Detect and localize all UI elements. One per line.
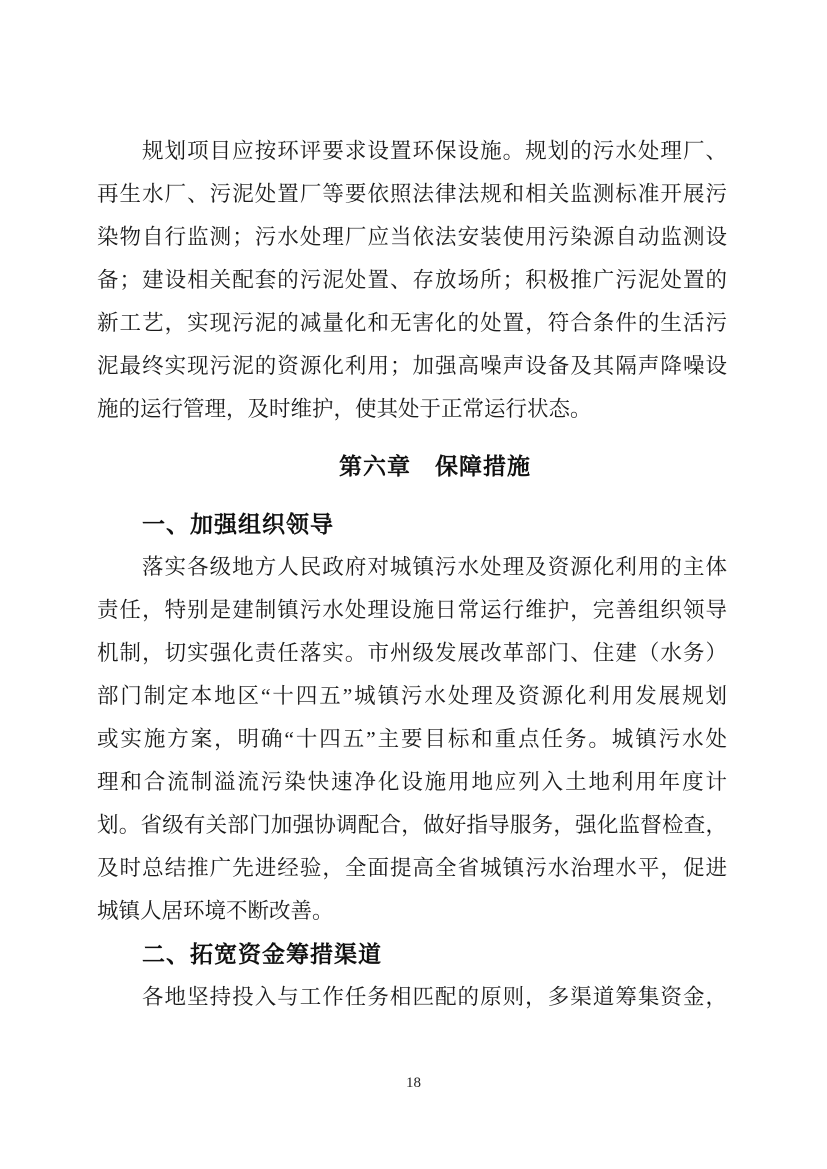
text-line: 或实施方案，明确“十四五”主要目标和重点任务。城镇污水处	[97, 718, 727, 761]
text-line: 及时总结推广先进经验，全面提高全省城镇污水治理水平，促进	[97, 847, 727, 890]
paragraph-funding-channels: 各地坚持投入与工作任务相匹配的原则，多渠道筹集资金，	[97, 976, 727, 1019]
text-line: 理和合流制溢流污染快速净化设施用地应列入土地利用年度计	[97, 761, 727, 804]
page-number: 18	[0, 1073, 827, 1093]
text-line: 染物自行监测；污水处理厂应当依法安装使用污染源自动监测设	[97, 216, 727, 259]
text-line: 城镇人居环境不断改善。	[97, 890, 727, 933]
text-line: 泥最终实现污泥的资源化利用；加强高噪声设备及其隔声降噪设	[97, 345, 727, 388]
page-content: 规划项目应按环评要求设置环保设施。规划的污水处理厂、 再生水厂、污泥处置厂等要依…	[97, 130, 727, 1019]
text-line: 落实各级地方人民政府对城镇污水处理及资源化利用的主体	[97, 546, 727, 589]
paragraph-env-protection: 规划项目应按环评要求设置环保设施。规划的污水处理厂、 再生水厂、污泥处置厂等要依…	[97, 130, 727, 431]
section-heading-2: 二、拓宽资金筹措渠道	[97, 933, 727, 976]
text-line: 划。省级有关部门加强协调配合，做好指导服务，强化监督检查，	[97, 804, 727, 847]
text-line: 各地坚持投入与工作任务相匹配的原则，多渠道筹集资金，	[97, 976, 727, 1019]
document-page: 规划项目应按环评要求设置环保设施。规划的污水处理厂、 再生水厂、污泥处置厂等要依…	[0, 0, 827, 1169]
text-line: 备；建设相关配套的污泥处置、存放场所；积极推广污泥处置的	[97, 259, 727, 302]
text-line: 部门制定本地区“十四五”城镇污水处理及资源化利用发展规划	[97, 675, 727, 718]
section-heading-1: 一、加强组织领导	[97, 503, 727, 546]
text-line: 施的运行管理，及时维护，使其处于正常运行状态。	[97, 388, 727, 431]
text-line: 规划项目应按环评要求设置环保设施。规划的污水处理厂、	[97, 130, 727, 173]
text-line: 机制，切实强化责任落实。市州级发展改革部门、住建（水务）	[97, 632, 727, 675]
text-line: 新工艺，实现污泥的减量化和无害化的处置，符合条件的生活污	[97, 302, 727, 345]
chapter-heading: 第六章 保障措施	[97, 445, 727, 488]
text-line: 责任，特别是建制镇污水处理设施日常运行维护，完善组织领导	[97, 589, 727, 632]
paragraph-organizational-leadership: 落实各级地方人民政府对城镇污水处理及资源化利用的主体 责任，特别是建制镇污水处理…	[97, 546, 727, 933]
text-line: 再生水厂、污泥处置厂等要依照法律法规和相关监测标准开展污	[97, 173, 727, 216]
